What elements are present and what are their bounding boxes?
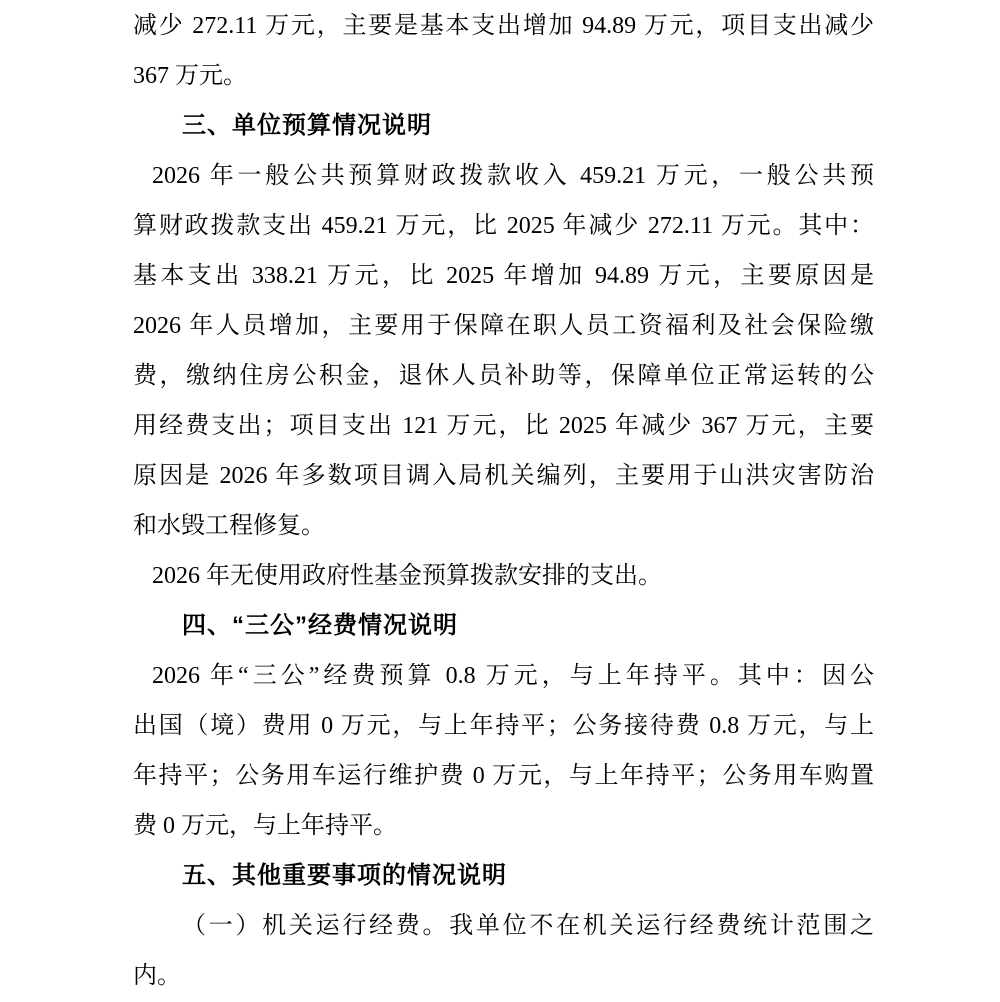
section-heading: 三、单位预算情况说明 [133, 101, 874, 151]
section-heading: 五、其他重要事项的情况说明 [133, 851, 874, 901]
document-line: 算财政拨款支出 459.21 万元，比 2025 年减少 272.11 万元。其… [133, 201, 874, 251]
document-line: 2026 年“三公”经费预算 0.8 万元，与上年持平。其中：因公 [133, 651, 874, 701]
document-line: 2026 年人员增加，主要用于保障在职人员工资福利及社会保险缴 [133, 301, 874, 351]
document-line: 原因是 2026 年多数项目调入局机关编列，主要用于山洪灾害防治 [133, 451, 874, 501]
document-line: （一）机关运行经费。我单位不在机关运行经费统计范围之 [133, 901, 874, 951]
document-line: 和水毁工程修复。 [133, 501, 874, 551]
document-line: 费 0 万元，与上年持平。 [133, 801, 874, 851]
document-page: 减少 272.11 万元，主要是基本支出增加 94.89 万元，项目支出减少 3… [0, 0, 1000, 1002]
document-line: 减少 272.11 万元，主要是基本支出增加 94.89 万元，项目支出减少 [133, 1, 874, 51]
document-line: 2026 年无使用政府性基金预算拨款安排的支出。 [133, 551, 874, 601]
section-heading: 四、“三公”经费情况说明 [133, 601, 874, 651]
document-line: 内。 [133, 951, 874, 1001]
document-line: 2026 年一般公共预算财政拨款收入 459.21 万元，一般公共预 [133, 151, 874, 201]
document-line: 367 万元。 [133, 51, 874, 101]
document-line: 出国（境）费用 0 万元，与上年持平；公务接待费 0.8 万元，与上 [133, 701, 874, 751]
document-line: 年持平；公务用车运行维护费 0 万元，与上年持平；公务用车购置 [133, 751, 874, 801]
document-line: 基本支出 338.21 万元，比 2025 年增加 94.89 万元，主要原因是 [133, 251, 874, 301]
document-line: 用经费支出；项目支出 121 万元，比 2025 年减少 367 万元，主要 [133, 401, 874, 451]
document-line: 费，缴纳住房公积金，退休人员补助等，保障单位正常运转的公 [133, 351, 874, 401]
